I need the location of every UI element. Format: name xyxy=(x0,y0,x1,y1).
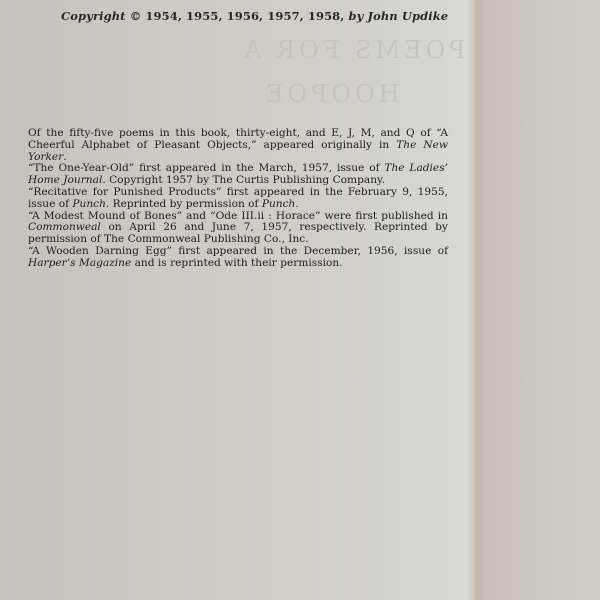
ack-text: “The One-Year-Old” first appeared in the… xyxy=(28,162,384,174)
ack-text: . Reprinted by permission of xyxy=(106,198,262,210)
ack-text: . xyxy=(63,151,66,163)
copyright-years: 1954, 1955, 1956, 1957, 1958, xyxy=(145,9,344,23)
ack-text: “A Modest Mound of Bones” and “Ode III.i… xyxy=(28,210,448,222)
acknowledgment-paragraph: “The One-Year-Old” first appeared in the… xyxy=(28,163,448,187)
acknowledgment-paragraph: “A Wooden Darning Egg” first appeared in… xyxy=(28,246,448,270)
ack-text: “A Wooden Darning Egg” first appeared in… xyxy=(28,245,448,257)
right-page xyxy=(482,0,600,600)
acknowledgment-paragraph: Of the fifty-five poems in this book, th… xyxy=(28,128,448,163)
copyright-prefix: Copyright xyxy=(61,9,126,23)
acknowledgments-block: Of the fifty-five poems in this book, th… xyxy=(28,128,448,270)
bleed-through-title-line-1: POEMS FOR A xyxy=(240,36,465,64)
copyright-symbol: © xyxy=(130,9,142,23)
bleed-through-title-line-2: HOOPOE xyxy=(262,80,400,108)
acknowledgment-paragraph: “A Modest Mound of Bones” and “Ode III.i… xyxy=(28,211,448,246)
copyright-notice: Copyright © 1954, 1955, 1956, 1957, 1958… xyxy=(61,9,448,23)
copyright-author: by John Updike xyxy=(349,9,449,23)
publication-title: Punch xyxy=(262,198,296,210)
publication-title: Punch xyxy=(72,198,106,210)
ack-text: Of the fifty-five poems in this book, th… xyxy=(28,127,448,151)
ack-text: . Copyright 1957 by The Curtis Publishin… xyxy=(102,174,385,186)
book-gutter xyxy=(468,0,482,600)
ack-text: and is reprinted with their permission. xyxy=(131,257,342,269)
publication-title: Commonweal xyxy=(28,221,101,233)
ack-text: . xyxy=(295,198,298,210)
publication-title: Harper’s Magazine xyxy=(28,257,131,269)
acknowledgment-paragraph: “Recitative for Punished Products” first… xyxy=(28,187,448,211)
